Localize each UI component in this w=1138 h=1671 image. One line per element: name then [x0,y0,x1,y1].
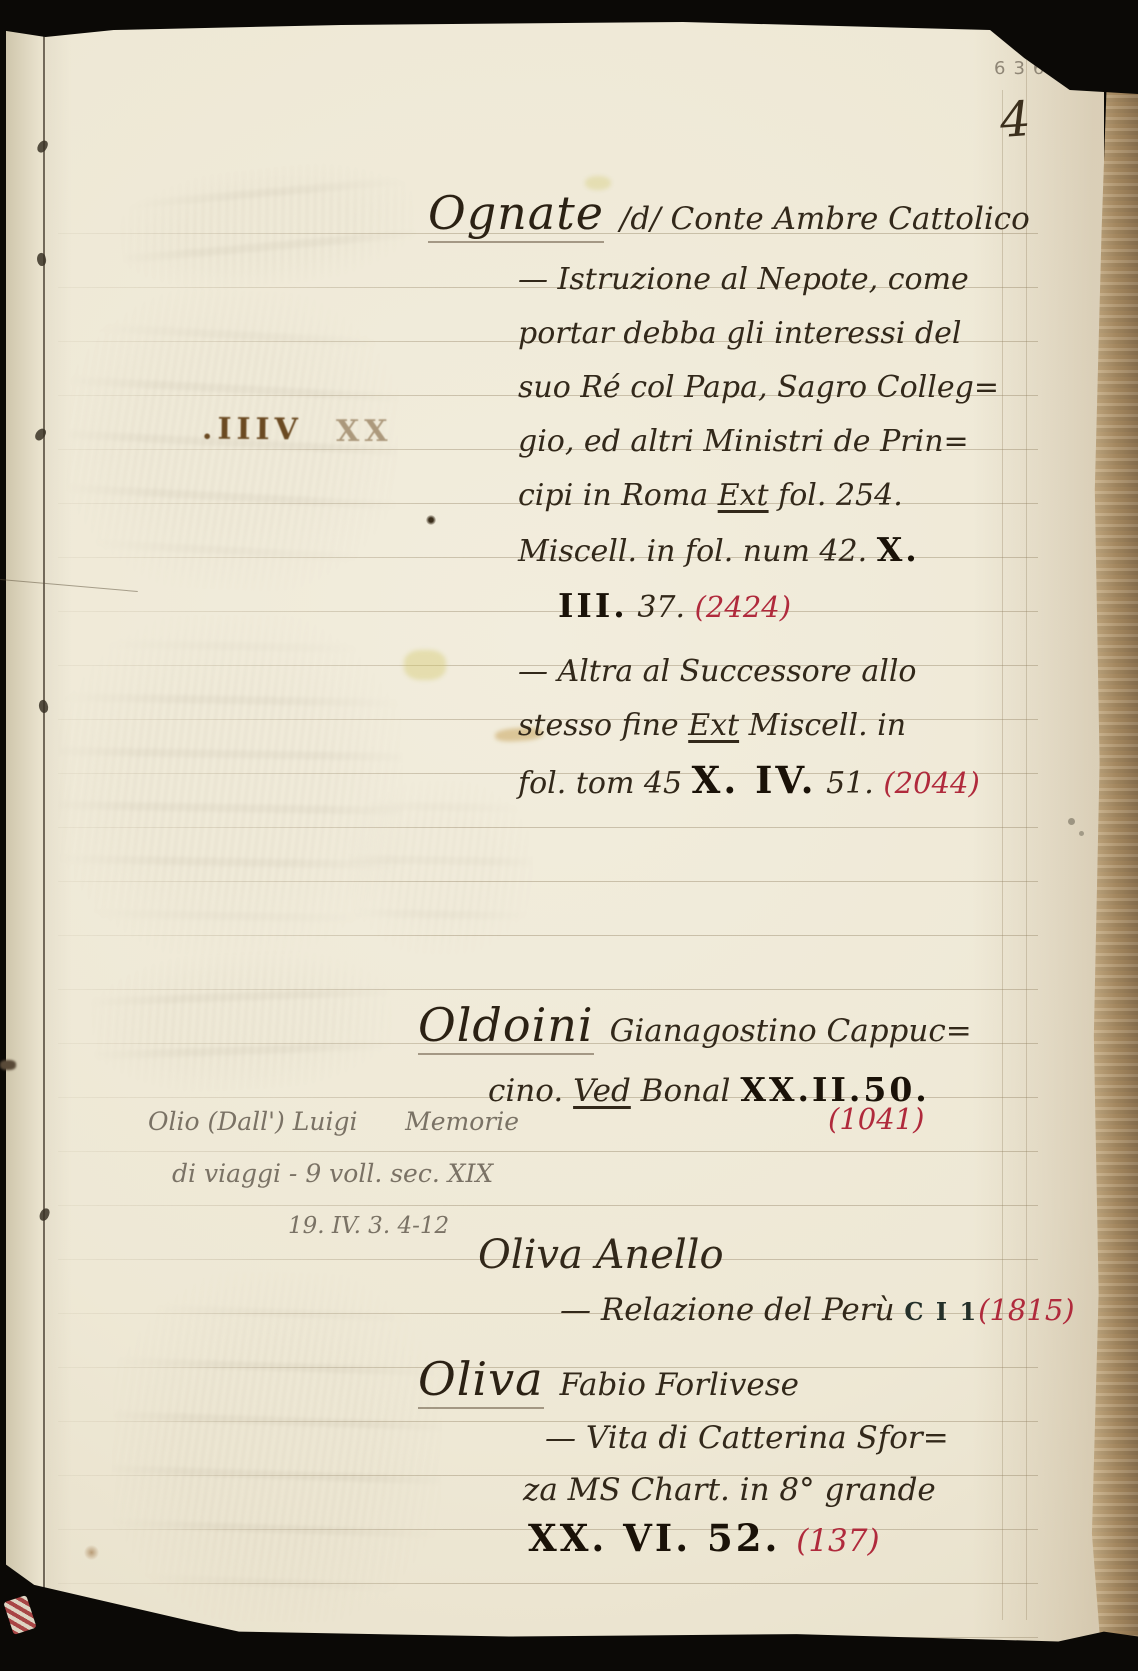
foxing-spot [1079,831,1084,836]
entry-olio-shelfmark: 19. IV. 3. 4-12 [288,1200,449,1252]
entry-ognate-item-1: — Istruzione al Nepote, come portar debb… [518,253,999,635]
margin-rule-line [1026,60,1027,1620]
entry-olio-line: Olio (Dall') Luigi Memorie [148,1096,519,1148]
entry-oliva-anello-heading: Oliva Anello [478,1232,724,1278]
manuscript-line: fol. tom 45 X. IV. 51. (2044) [518,753,980,811]
line-text: 51. [817,766,884,801]
scanned-manuscript: .IIIV XX 636 7 4 Ognate /d/ Conte Ambre … [0,0,1138,1671]
entry-oliva-fabio-heading: Oliva Fabio Forlivese [418,1352,799,1409]
bleedthrough-ghost [109,1269,445,1625]
line-text-underlined: Ext [688,708,739,743]
margin-rule-line [1002,90,1003,1620]
bleedthrough-ghost [89,944,396,1098]
line-text: Miscell. in [739,708,906,743]
manuscript-line: III. 37. (2424) [558,579,999,635]
ink-offset-mark: .IIIV [202,412,303,448]
foxing-spot [84,1545,99,1560]
entry-oliva-anello-line: — Relazione del Perù C I 1(1815) [560,1290,1075,1332]
line-text: fol. tom 45 [518,766,692,801]
shelfmark: C I 1 [904,1297,978,1326]
entry-oliva-fabio-line: — Vita di Catterina Sfor= [545,1418,949,1458]
line-text: — Relazione del Perù [560,1292,904,1328]
register-number: (2424) [695,590,791,624]
manuscript-line: gio, ed altri Ministri de Prin= [518,415,999,469]
manuscript-line: — Istruzione al Nepote, come [518,253,999,307]
ink-offset-mark: XX [336,414,393,449]
entry-ognate-qualifier: /d/ Conte Ambre Cattolico [620,201,1030,237]
manuscript-line: stesso fine Ext Miscell. in [518,699,980,753]
register-number: (137) [796,1523,879,1559]
edge-mark [0,1060,16,1070]
line-text: stesso fine [518,708,688,743]
entry-ognate-heading: Ognate /d/ Conte Ambre Cattolico [428,186,1030,243]
bleedthrough-ghost [348,780,533,955]
entry-oliva-fabio-qualifier: Fabio Forlivese [560,1367,799,1403]
manuscript-line: portar debba gli interessi del [518,307,999,361]
binding-stitch [43,30,45,1622]
foxing-spot [1068,818,1075,825]
entry-oliva-fabio-line: za MS Chart. in 8° grande [523,1470,936,1510]
entry-oliva-fabio-name: Oliva [418,1352,544,1409]
line-text: Miscell. in fol. num 42. [518,534,877,569]
entry-ognate-item-2: — Altra al Successore allo stesso fine E… [518,645,980,811]
entry-ognate-name: Ognate [428,186,604,243]
line-text-underlined: Ved [573,1073,631,1109]
entry-oldoini-qualifier: Gianagostino Cappuc= [610,1013,972,1049]
shelfmark: X. IV. [692,758,817,802]
shelfmark: XX. VI. 52. [528,1516,796,1560]
manuscript-line: — Altra al Successore allo [518,645,980,699]
stain-smudge [404,650,446,680]
ink-spot [426,515,436,525]
line-text: fol. 254. [769,478,903,513]
line-text-underlined: Ext [718,478,769,513]
register-number: (1815) [978,1293,1074,1327]
ink-offset-text: .IIIV [202,412,303,448]
line-text: 37. [628,590,695,625]
entry-oldoini-heading: Oldoini Gianagostino Cappuc= [418,998,972,1055]
line-text: cipi in Roma [518,478,718,513]
register-number: (1041) [828,1102,924,1136]
entry-olio-line: di viaggi - 9 voll. sec. XIX [172,1148,493,1200]
manuscript-line: cipi in Roma Ext fol. 254. [518,469,999,523]
entry-oldoini-name: Oldoini [418,998,594,1055]
entry-oliva-fabio-line: XX. VI. 52. (137) [528,1518,880,1561]
ink-offset-text: XX [336,414,393,449]
line-text: Bonal [631,1073,741,1109]
manuscript-line: Miscell. in fol. num 42. X. [518,523,999,579]
page-number: 4 [998,91,1032,149]
manuscript-line: suo Ré col Papa, Sagro Colleg= [518,361,999,415]
shelfmark: X. [877,530,920,569]
register-number: (2044) [883,766,979,800]
shelfmark: III. [558,586,628,625]
